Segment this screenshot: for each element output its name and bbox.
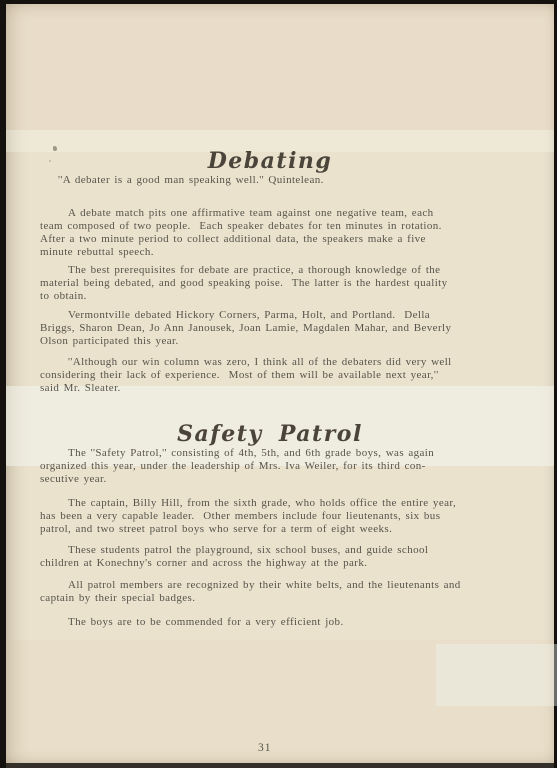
paper: Debating ''A debater is a good man speak…: [6, 4, 554, 763]
section-safety-patrol: Safety Patrol The ''Safety Patrol,'' con…: [40, 421, 528, 629]
paragraph: The boys are to be commended for a very …: [40, 616, 528, 629]
section-title-safety-patrol: Safety Patrol: [26, 421, 514, 447]
section-title-debating: Debating: [26, 148, 514, 174]
paragraph: All patrol members are recognized by the…: [40, 579, 528, 605]
paragraph: The best prerequisites for debate are pr…: [40, 264, 528, 303]
page-content: Debating ''A debater is a good man speak…: [40, 148, 528, 629]
scan-band: [6, 640, 554, 768]
paragraph: The captain, Billy Hill, from the sixth …: [40, 497, 528, 536]
debating-quote: ''A debater is a good man speaking well.…: [58, 174, 528, 187]
section-debating: Debating ''A debater is a good man speak…: [40, 148, 528, 395]
paragraph: These students patrol the playground, si…: [40, 544, 528, 570]
scan-band: [6, 4, 554, 130]
page-number: 31: [258, 742, 272, 754]
scan-patch: [436, 644, 557, 706]
paragraph: A debate match pits one affirmative team…: [40, 207, 528, 259]
scanned-yearbook-page: Debating ''A debater is a good man speak…: [0, 0, 557, 768]
paragraph: Vermontville debated Hickory Corners, Pa…: [40, 309, 528, 348]
paragraph: The ''Safety Patrol,'' consisting of 4th…: [40, 447, 528, 486]
paragraph: ''Although our win column was zero, I th…: [40, 356, 528, 395]
